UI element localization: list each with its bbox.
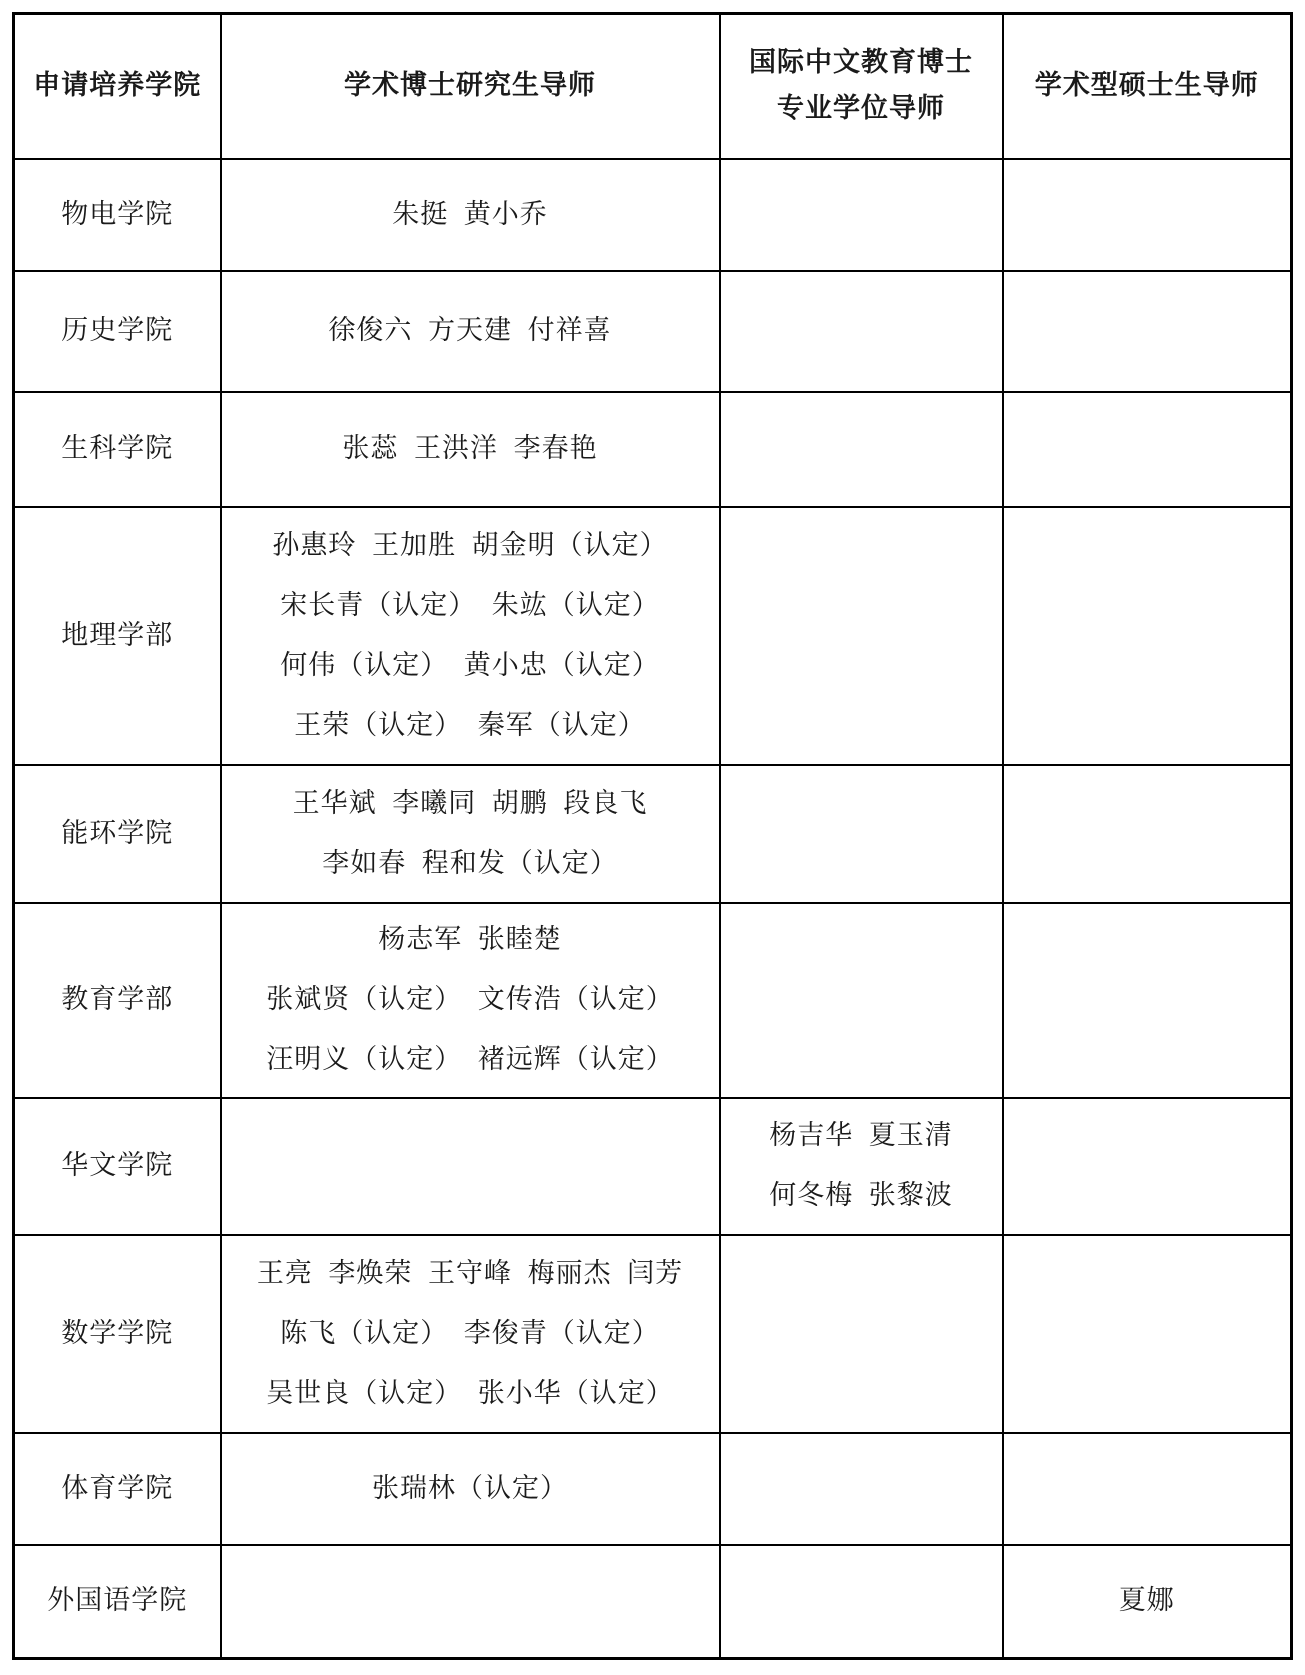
supervisor-names: 李如春 程和发（认定） [222,834,719,894]
table-row: 地理学部 孙惠玲 王加胜 胡金明（认定） 宋长青（认定） 朱竑（认定） 何伟（认… [14,507,1292,765]
academic-masters-cell [1003,507,1292,765]
academic-masters-cell [1003,1433,1292,1545]
academic-masters-cell [1003,271,1292,392]
supervisor-names: 王荣（认定） 秦军（认定） [222,696,719,756]
academic-masters-cell: 夏娜 [1003,1545,1292,1659]
college-cell: 教育学部 [14,903,221,1098]
academic-phd-cell: 王亮 李焕荣 王守峰 梅丽杰 闫芳 陈飞（认定） 李俊青（认定） 吴世良（认定）… [221,1235,720,1433]
academic-masters-cell [1003,765,1292,903]
college-name: 外国语学院 [15,1582,220,1620]
academic-phd-cell [221,1098,720,1235]
table-row: 生科学院 张蕊 王洪洋 李春艳 [14,392,1292,507]
college-cell: 华文学院 [14,1098,221,1235]
academic-phd-cell: 朱挺 黄小乔 [221,159,720,271]
intl-chinese-phd-cell [720,159,1003,271]
college-cell: 地理学部 [14,507,221,765]
table-row: 教育学部 杨志军 张睦楚 张斌贤（认定） 文传浩（认定） 汪明义（认定） 褚远辉… [14,903,1292,1098]
college-name: 华文学院 [15,1147,220,1185]
college-cell: 历史学院 [14,271,221,392]
supervisor-names: 杨吉华 夏玉清 [721,1106,1002,1166]
table-row: 体育学院 张瑞林（认定） [14,1433,1292,1545]
intl-chinese-phd-cell: 杨吉华 夏玉清 何冬梅 张黎波 [720,1098,1003,1235]
college-name: 数学学院 [15,1315,220,1353]
college-cell: 数学学院 [14,1235,221,1433]
intl-chinese-phd-cell [720,507,1003,765]
intl-chinese-phd-cell [720,903,1003,1098]
supervisor-roster-table: 申请培养学院 学术博士研究生导师 国际中文教育博士 专业学位导师 学术型硕士生导… [12,12,1293,1660]
supervisor-names: 张斌贤（认定） 文传浩（认定） [222,970,719,1030]
academic-phd-cell: 杨志军 张睦楚 张斌贤（认定） 文传浩（认定） 汪明义（认定） 褚远辉（认定） [221,903,720,1098]
academic-phd-cell [221,1545,720,1659]
college-cell: 能环学院 [14,765,221,903]
header-academic-masters-label: 学术型硕士生导师 [1004,63,1291,109]
college-cell: 体育学院 [14,1433,221,1545]
header-intl-chinese-phd: 国际中文教育博士 专业学位导师 [720,14,1003,159]
intl-chinese-phd-cell [720,1545,1003,1659]
supervisor-names: 杨志军 张睦楚 [222,910,719,970]
academic-masters-cell [1003,392,1292,507]
academic-phd-cell: 徐俊六 方天建 付祥喜 [221,271,720,392]
table-row: 历史学院 徐俊六 方天建 付祥喜 [14,271,1292,392]
header-academic-phd: 学术博士研究生导师 [221,14,720,159]
table-row: 物电学院 朱挺 黄小乔 [14,159,1292,271]
supervisor-names: 王亮 李焕荣 王守峰 梅丽杰 闫芳 [222,1244,719,1304]
supervisor-names: 吴世良（认定） 张小华（认定） [222,1364,719,1424]
supervisor-names: 王华斌 李曦同 胡鹏 段良飞 [222,774,719,834]
college-name: 历史学院 [15,312,220,350]
supervisor-names: 徐俊六 方天建 付祥喜 [222,312,719,350]
academic-phd-cell: 王华斌 李曦同 胡鹏 段良飞 李如春 程和发（认定） [221,765,720,903]
header-college: 申请培养学院 [14,14,221,159]
college-name: 地理学部 [15,617,220,655]
supervisor-names: 张蕊 王洪洋 李春艳 [222,430,719,468]
intl-chinese-phd-cell [720,1433,1003,1545]
academic-phd-cell: 张蕊 王洪洋 李春艳 [221,392,720,507]
supervisor-names: 宋长青（认定） 朱竑（认定） [222,576,719,636]
college-name: 生科学院 [15,430,220,468]
table-row: 数学学院 王亮 李焕荣 王守峰 梅丽杰 闫芳 陈飞（认定） 李俊青（认定） 吴世… [14,1235,1292,1433]
table-row: 能环学院 王华斌 李曦同 胡鹏 段良飞 李如春 程和发（认定） [14,765,1292,903]
supervisor-names: 陈飞（认定） 李俊青（认定） [222,1304,719,1364]
header-intl-chinese-phd-line1: 国际中文教育博士 [721,40,1002,86]
table-header-row: 申请培养学院 学术博士研究生导师 国际中文教育博士 专业学位导师 学术型硕士生导… [14,14,1292,159]
academic-masters-cell [1003,159,1292,271]
supervisor-names: 何冬梅 张黎波 [721,1166,1002,1226]
academic-phd-cell: 张瑞林（认定） [221,1433,720,1545]
header-intl-chinese-phd-line2: 专业学位导师 [721,86,1002,132]
intl-chinese-phd-cell [720,271,1003,392]
intl-chinese-phd-cell [720,765,1003,903]
academic-masters-cell [1003,1235,1292,1433]
header-academic-phd-label: 学术博士研究生导师 [222,63,719,109]
supervisor-names: 孙惠玲 王加胜 胡金明（认定） [222,516,719,576]
table-row: 华文学院 杨吉华 夏玉清 何冬梅 张黎波 [14,1098,1292,1235]
college-name: 物电学院 [15,196,220,234]
intl-chinese-phd-cell [720,392,1003,507]
supervisor-names: 何伟（认定） 黄小忠（认定） [222,636,719,696]
academic-phd-cell: 孙惠玲 王加胜 胡金明（认定） 宋长青（认定） 朱竑（认定） 何伟（认定） 黄小… [221,507,720,765]
academic-masters-cell [1003,1098,1292,1235]
supervisor-names: 夏娜 [1004,1582,1291,1620]
college-name: 教育学部 [15,981,220,1019]
supervisor-names: 汪明义（认定） 褚远辉（认定） [222,1030,719,1090]
table-row: 外国语学院 夏娜 [14,1545,1292,1659]
college-cell: 生科学院 [14,392,221,507]
header-academic-masters: 学术型硕士生导师 [1003,14,1292,159]
supervisor-names: 朱挺 黄小乔 [222,196,719,234]
college-cell: 外国语学院 [14,1545,221,1659]
academic-masters-cell [1003,903,1292,1098]
college-cell: 物电学院 [14,159,221,271]
supervisor-names: 张瑞林（认定） [222,1470,719,1508]
college-name: 体育学院 [15,1470,220,1508]
college-name: 能环学院 [15,815,220,853]
intl-chinese-phd-cell [720,1235,1003,1433]
header-college-label: 申请培养学院 [15,63,220,109]
